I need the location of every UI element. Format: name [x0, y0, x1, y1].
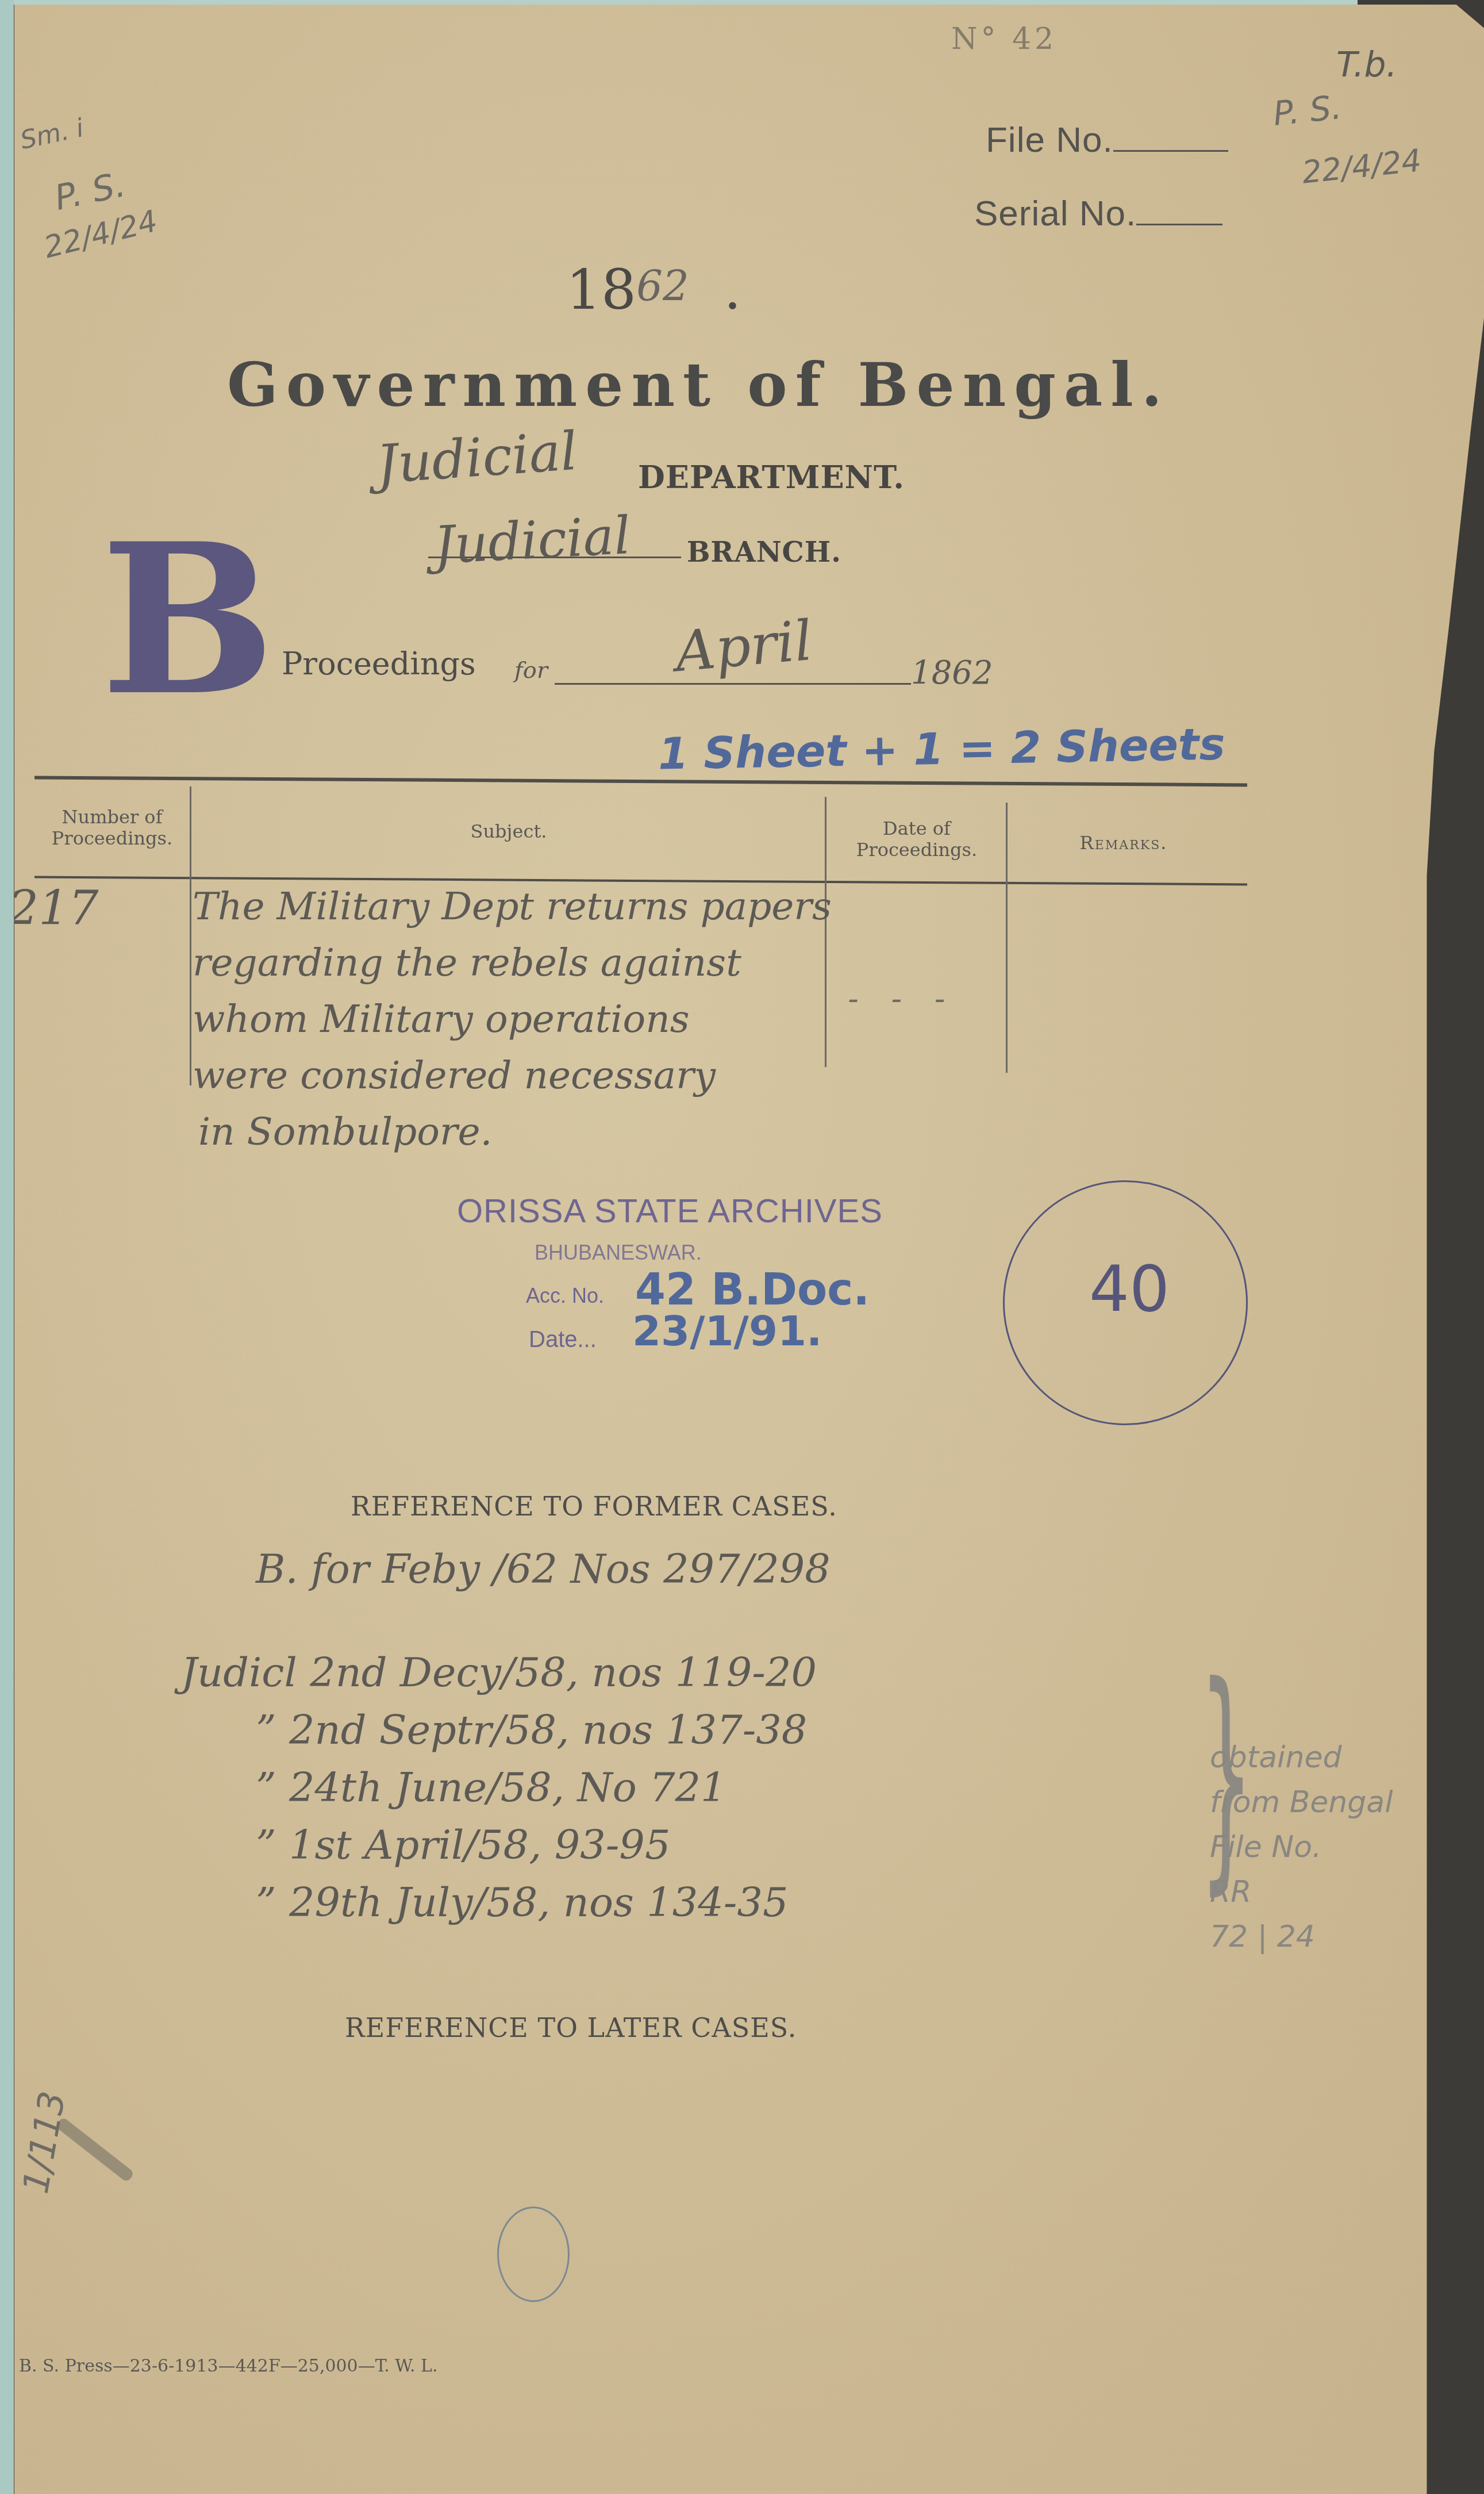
pencil-note-top-right-1: P. S. — [1271, 87, 1344, 133]
table-header-subject: Subject. — [193, 821, 825, 842]
department-label: DEPARTMENT. — [638, 459, 905, 496]
proceeding-date: - - - — [848, 982, 956, 1016]
margin-note-line: obtained — [1210, 1735, 1393, 1780]
file-cover-paper: N° 42 T.b. Sm. i P. S. 22/4/24 File No. … — [13, 5, 1484, 2494]
document-title: Government of Bengal. — [227, 350, 1170, 420]
proceedings-year: 1862 — [911, 654, 993, 692]
table-top-rule — [34, 776, 1247, 787]
year-dot: . — [724, 258, 741, 322]
former-case-entry: B. for Feby /62 Nos 297/298 — [256, 1545, 831, 1593]
former-case-entry: ” 1st April/58, 93-95 — [256, 1821, 670, 1868]
acc-no-label: Acc. No. — [526, 1284, 604, 1308]
proceedings-for-label: for — [514, 657, 548, 684]
file-no-field: File No. — [986, 120, 1228, 160]
proceedings-month-blank — [555, 683, 911, 685]
sheet-count-note: 1 Sheet + 1 = 2 Sheets — [658, 718, 1225, 779]
margin-note-line: from Bengal — [1210, 1780, 1393, 1825]
former-case-entry: ” 2nd Septr/58, nos 137-38 — [256, 1706, 807, 1754]
scan-backdrop-left — [0, 0, 14, 2494]
top-stamp-number: N° 42 — [951, 22, 1057, 56]
acc-date-label: Date... — [529, 1327, 597, 1353]
margin-note-line: 72 | 24 — [1210, 1914, 1393, 1959]
margin-note-line: RR — [1210, 1870, 1393, 1914]
table-col-divider-3 — [1006, 803, 1008, 1073]
year-printed: 18 — [566, 258, 636, 322]
acc-date-value: 23/1/91. — [632, 1307, 822, 1355]
subject-line: whom Military operations — [193, 991, 882, 1048]
file-no-blank — [1113, 150, 1228, 152]
category-letter-stamp: B — [101, 516, 275, 723]
pencil-note-top-right-2: 22/4/24 — [1300, 142, 1423, 190]
branch-label: BRANCH. — [687, 536, 841, 569]
former-case-entry: ” 29th July/58, nos 134-35 — [256, 1879, 789, 1926]
footer-printer-imprint: B. S. Press—23-6-1913—442F—25,000—T. W. … — [19, 2356, 437, 2376]
proceedings-label: Proceedings — [282, 646, 476, 682]
archive-stamp-city: BHUBANESWAR. — [535, 1241, 702, 1265]
former-cases-heading: REFERENCE TO FORMER CASES. — [351, 1491, 837, 1522]
bottom-left-pencil-note: 1/113 — [14, 2088, 74, 2197]
margin-note: obtained from Bengal File No. RR 72 | 24 — [1210, 1735, 1393, 1959]
later-cases-heading: REFERENCE TO LATER CASES. — [345, 2012, 797, 2043]
year-handwritten: 62 — [636, 262, 689, 310]
subject-line: The Military Dept returns papers — [193, 878, 882, 935]
proceedings-month: April — [673, 608, 815, 684]
margin-note-line: File No. — [1210, 1825, 1393, 1870]
serial-no-blank — [1136, 224, 1222, 225]
former-case-entry: ” 24th June/58, No 721 — [256, 1764, 726, 1811]
serial-no-label: Serial No. — [974, 194, 1136, 233]
circled-number: 40 — [1089, 1252, 1170, 1326]
subject-line: in Sombulpore. — [193, 1104, 882, 1160]
table-header-date: Date of Proceedings. — [828, 818, 1006, 861]
file-no-label: File No. — [986, 120, 1113, 160]
bottom-circle-mark — [497, 2207, 570, 2302]
table-header-number: Number of Proceedings. — [37, 807, 187, 849]
branch-handwritten: Judicial — [432, 505, 632, 576]
serial-no-field: Serial No. — [974, 193, 1222, 234]
year-heading: 1862 . — [566, 258, 741, 322]
top-right-mark: T.b. — [1336, 45, 1397, 85]
pencil-note-top-left-2: P. S. — [51, 164, 129, 218]
proceeding-number: 217 — [9, 881, 99, 936]
subject-line: were considered necessary — [193, 1048, 882, 1104]
table-header-remarks: Remarks. — [1009, 832, 1239, 854]
pencil-note-top-left-1: Sm. i — [18, 113, 86, 155]
proceeding-subject: The Military Dept returns papers regardi… — [193, 878, 882, 1160]
table-col-divider-1 — [190, 786, 191, 1085]
subject-line: regarding the rebels against — [193, 935, 882, 991]
former-case-entry: Judicl 2nd Decy/58, nos 119-20 — [181, 1649, 817, 1696]
archive-stamp-name: ORISSA STATE ARCHIVES — [457, 1192, 883, 1230]
department-handwritten: Judicial — [375, 420, 579, 496]
